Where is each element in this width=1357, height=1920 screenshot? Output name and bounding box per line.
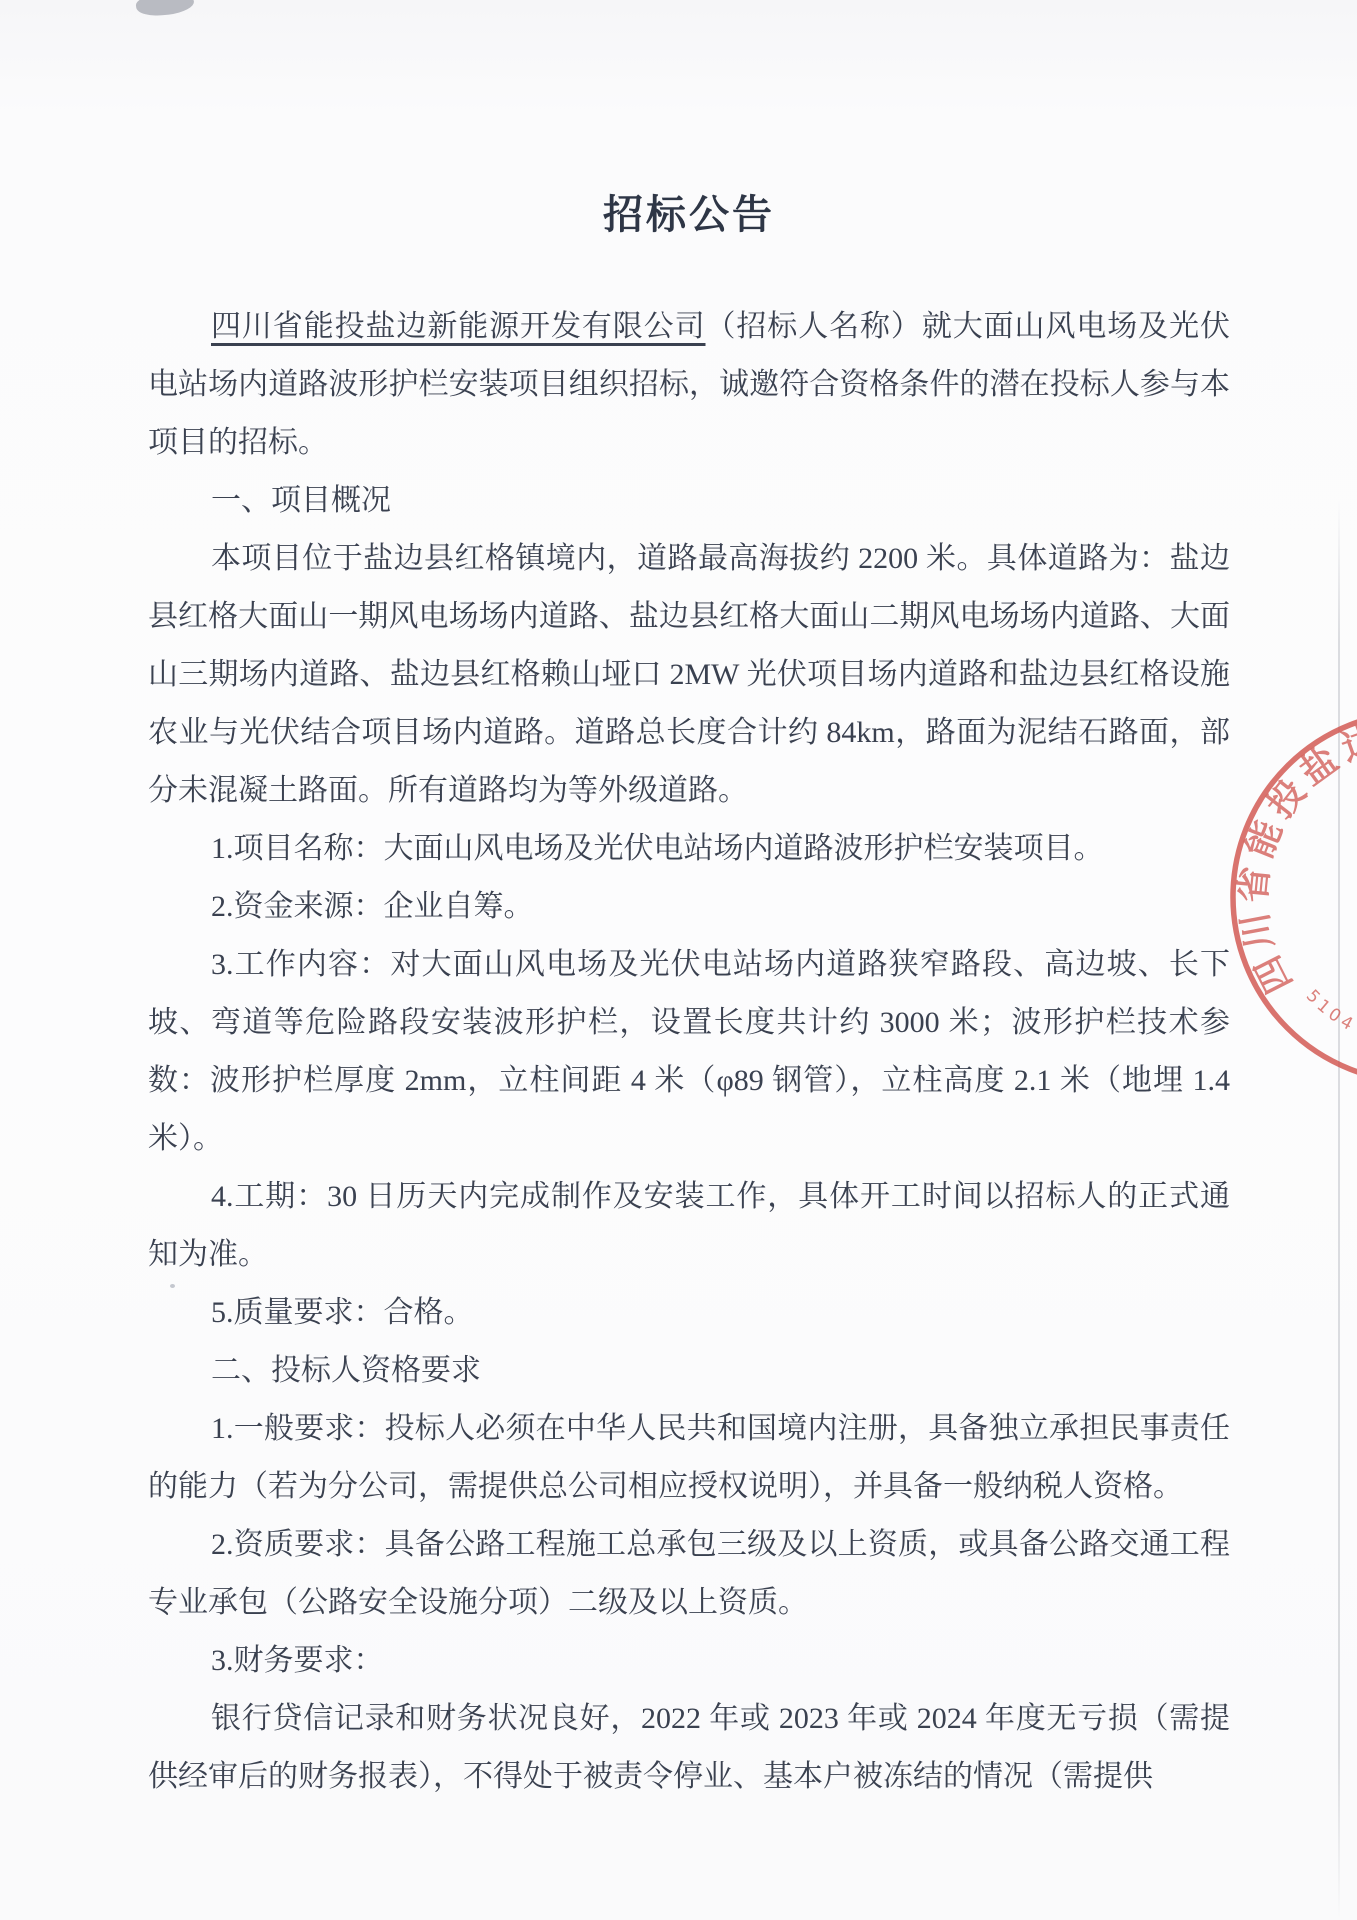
company-name-underlined: 四川省能投盐边新能源开发有限公司 xyxy=(211,310,706,343)
qualification-financial-detail: 银行贷信记录和财务状况良好，2022 年或 2023 年或 2024 年度无亏损… xyxy=(148,1690,1230,1806)
doc-title: 招标公告 xyxy=(148,190,1230,240)
qualification-financial-heading: 3.财务要求： xyxy=(148,1632,1230,1690)
company-seal-stamp: 四川省能投盐边新能源开发有限公司 5104 xyxy=(1190,690,1357,1110)
company-seal-graphic: 四川省能投盐边新能源开发有限公司 5104 xyxy=(1190,690,1357,1110)
document-page: 招标公告 四川省能投盐边新能源开发有限公司（招标人名称）就大面山风电场及光伏电站… xyxy=(0,0,1357,1920)
section1-heading: 一、项目概况 xyxy=(148,472,1230,530)
document-content: 招标公告 四川省能投盐边新能源开发有限公司（招标人名称）就大面山风电场及光伏电站… xyxy=(148,0,1230,1806)
stamp-company-name-textpath: 四川省能投盐边新能源开发有限公司 xyxy=(1190,690,1357,1000)
stamp-serial-number-textpath: 5104 xyxy=(1302,986,1357,1037)
item-project-name: 1.项目名称：大面山风电场及光伏电站场内道路波形护栏安装项目。 xyxy=(148,820,1230,878)
project-overview-paragraph: 本项目位于盐边县红格镇境内，道路最高海拔约 2200 米。具体道路为：盐边县红格… xyxy=(148,530,1230,820)
stamp-company-name: 四川省能投盐边新能源开发有限公司 xyxy=(1190,690,1357,1000)
section2-heading: 二、投标人资格要求 xyxy=(148,1342,1230,1400)
item-funding-source: 2.资金来源：企业自筹。 xyxy=(148,878,1230,936)
item-quality-requirement: 5.质量要求：合格。 xyxy=(148,1284,1230,1342)
qualification-credentials: 2.资质要求：具备公路工程施工总承包三级及以上资质，或具备公路交通工程专业承包（… xyxy=(148,1516,1230,1632)
stamp-serial-number: 5104 xyxy=(1302,986,1357,1037)
item-work-content: 3.工作内容：对大面山风电场及光伏电站场内道路狭窄路段、高边坡、长下坡、弯道等危… xyxy=(148,936,1230,1168)
item-construction-period: 4.工期：30 日历天内完成制作及安装工作，具体开工时间以招标人的正式通知为准。 xyxy=(148,1168,1230,1284)
intro-paragraph: 四川省能投盐边新能源开发有限公司（招标人名称）就大面山风电场及光伏电站场内道路波… xyxy=(148,298,1230,472)
qualification-general: 1.一般要求：投标人必须在中华人民共和国境内注册，具备独立承担民事责任的能力（若… xyxy=(148,1400,1230,1516)
